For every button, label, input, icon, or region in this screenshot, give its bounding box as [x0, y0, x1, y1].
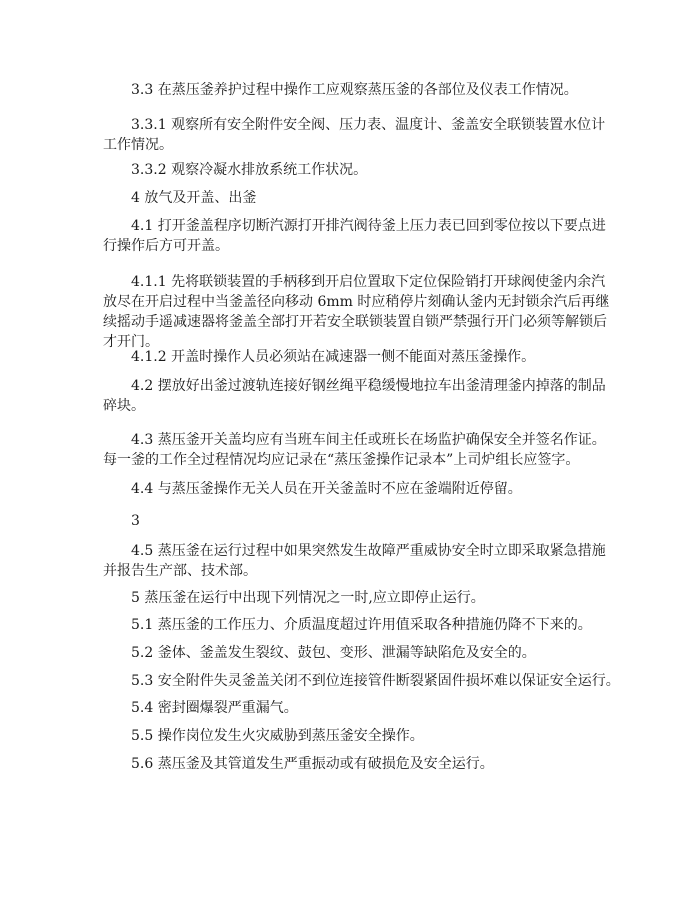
paragraph: 4.3 蒸压釜开关盖均应有当班车间主任或班长在场监护确保安全并签名作证。每一釜的… [103, 430, 603, 470]
paragraph-line: 碎块。 [103, 396, 603, 416]
paragraph-line: 4.1.1 先将联锁装置的手柄移到开启位置取下定位保险销打开球阀使釜内余汽 [103, 272, 603, 292]
paragraph-line: 4.3 蒸压釜开关盖均应有当班车间主任或班长在场监护确保安全并签名作证。 [103, 430, 603, 450]
paragraph: 5.2 釜体、釜盖发生裂纹、鼓包、变形、泄漏等缺陷危及安全的。 [103, 643, 603, 663]
paragraph-line: 工作情况。 [103, 135, 603, 155]
paragraph-line: 3 [103, 511, 603, 531]
paragraph-line: 4.2 摆放好出釜过渡轨连接好钢丝绳平稳缓慢地拉车出釜清理釜内掉落的制品 [103, 376, 603, 396]
paragraph-line: 3.3.1 观察所有安全附件安全阀、压力表、温度计、釜盖安全联锁装置水位计 [103, 115, 603, 135]
paragraph: 4.5 蒸压釜在运行过程中如果突然发生故障严重威协安全时立即采取紧急措施并报告生… [103, 541, 603, 581]
paragraph-line: 5.4 密封圈爆裂严重漏气。 [103, 698, 603, 718]
paragraph: 4.1.2 开盖时操作人员必须站在减速器一侧不能面对蒸压釜操作。 [103, 347, 603, 367]
paragraph: 5.4 密封圈爆裂严重漏气。 [103, 698, 603, 718]
paragraph: 5.1 蒸压釜的工作压力、介质温度超过许用值采取各种措施仍降不下来的。 [103, 615, 603, 635]
paragraph-line: 4.5 蒸压釜在运行过程中如果突然发生故障严重威协安全时立即采取紧急措施 [103, 541, 603, 561]
paragraph-line: 5.1 蒸压釜的工作压力、介质温度超过许用值采取各种措施仍降不下来的。 [103, 615, 603, 635]
paragraph-line: 并报告生产部、技术部。 [103, 561, 603, 581]
paragraph-line: 放尽在开启过程中当釜盖径向移动 6mm 时应稍停片刻确认釜内无封锁余汽后再继 [103, 292, 603, 312]
document-page: 3.3 在蒸压釜养护过程中操作工应观察蒸压釜的各部位及仪表工作情况。3.3.1 … [0, 0, 700, 905]
paragraph: 5.3 安全附件失灵釜盖关闭不到位连接管件断裂紧固件损坏难以保证安全运行。 [103, 671, 603, 691]
paragraph-line: 4 放气及开盖、出釜 [103, 188, 603, 208]
paragraph: 4.4 与蒸压釜操作无关人员在开关釜盖时不应在釜端附近停留。 [103, 479, 603, 499]
paragraph: 4 放气及开盖、出釜 [103, 188, 603, 208]
paragraph: 5.6 蒸压釜及其管道发生严重振动或有破损危及安全运行。 [103, 754, 603, 774]
paragraph: 3.3 在蒸压釜养护过程中操作工应观察蒸压釜的各部位及仪表工作情况。 [103, 80, 603, 100]
paragraph: 3.3.1 观察所有安全附件安全阀、压力表、温度计、釜盖安全联锁装置水位计工作情… [103, 115, 603, 155]
paragraph-line: 4.1.2 开盖时操作人员必须站在减速器一侧不能面对蒸压釜操作。 [103, 347, 603, 367]
paragraph-line: 续摇动手遥减速器将釜盖全部打开若安全联锁装置自锁严禁强行开门必须等解锁后 [103, 312, 603, 332]
paragraph: 3.3.2 观察冷凝水排放系统工作状况。 [103, 160, 603, 180]
paragraph-line: 5.3 安全附件失灵釜盖关闭不到位连接管件断裂紧固件损坏难以保证安全运行。 [103, 671, 603, 691]
paragraph: 4.1.1 先将联锁装置的手柄移到开启位置取下定位保险销打开球阀使釜内余汽放尽在… [103, 272, 603, 352]
paragraph-line: 3.3 在蒸压釜养护过程中操作工应观察蒸压釜的各部位及仪表工作情况。 [103, 80, 603, 100]
paragraph-line: 5.5 操作岗位发生火灾威胁到蒸压釜安全操作。 [103, 726, 603, 746]
paragraph-line: 4.4 与蒸压釜操作无关人员在开关釜盖时不应在釜端附近停留。 [103, 479, 603, 499]
paragraph-line: 3.3.2 观察冷凝水排放系统工作状况。 [103, 160, 603, 180]
paragraph: 3 [103, 511, 603, 531]
paragraph: 5.5 操作岗位发生火灾威胁到蒸压釜安全操作。 [103, 726, 603, 746]
paragraph: 4.1 打开釜盖程序切断汽源打开排汽阀待釜上压力表已回到零位按以下要点进行操作后… [103, 216, 603, 256]
paragraph-line: 每一釜的工作全过程情况均应记录在“蒸压釜操作记录本”上司炉组长应签字。 [103, 450, 603, 470]
paragraph-line: 5.6 蒸压釜及其管道发生严重振动或有破损危及安全运行。 [103, 754, 603, 774]
paragraph: 4.2 摆放好出釜过渡轨连接好钢丝绳平稳缓慢地拉车出釜清理釜内掉落的制品碎块。 [103, 376, 603, 416]
paragraph-line: 行操作后方可开盖。 [103, 236, 603, 256]
paragraph-line: 5 蒸压釜在运行中出现下列情况之一时,应立即停止运行。 [103, 588, 603, 608]
paragraph: 5 蒸压釜在运行中出现下列情况之一时,应立即停止运行。 [103, 588, 603, 608]
paragraph-line: 5.2 釜体、釜盖发生裂纹、鼓包、变形、泄漏等缺陷危及安全的。 [103, 643, 603, 663]
paragraph-line: 4.1 打开釜盖程序切断汽源打开排汽阀待釜上压力表已回到零位按以下要点进 [103, 216, 603, 236]
